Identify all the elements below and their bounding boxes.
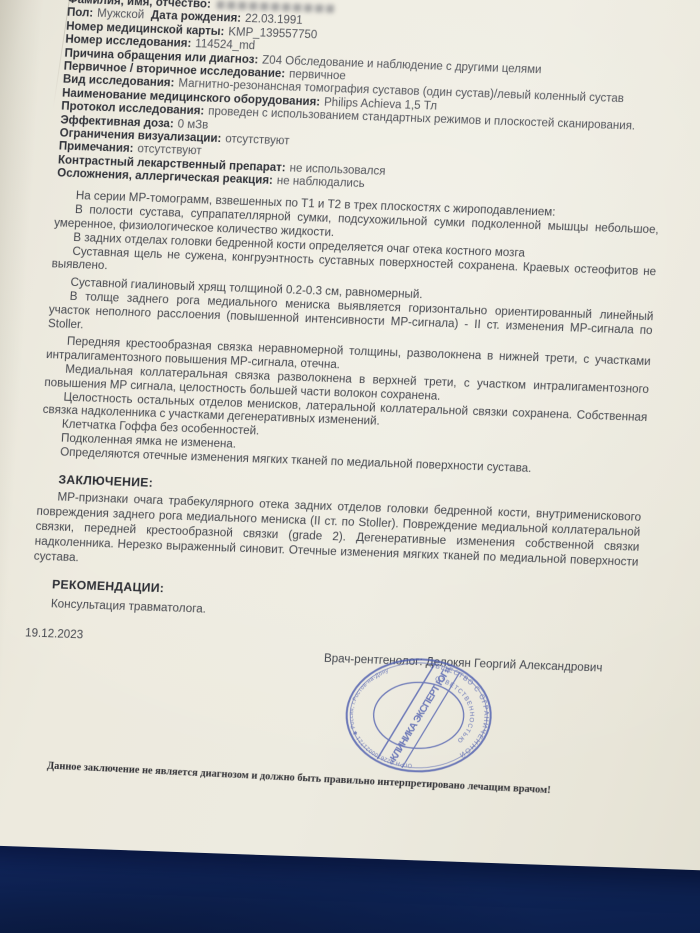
field-value: отсутствуют bbox=[225, 133, 290, 147]
stamp-center-text: «КЛИНИКА ЭКСПЕРТ ЮГ» bbox=[386, 665, 454, 767]
svg-text:ОГРН 1226100021721 ✱ Россия, г: ОГРН 1226100021721 ✱ Россия, г.Ростов-на… bbox=[346, 667, 418, 768]
report-header: Фамилия, имя, отчество: Пол:Мужской Дата… bbox=[57, 0, 672, 202]
findings-section: На серии МР-томограмм, взвешенных по Т1 … bbox=[40, 189, 660, 480]
stamp-outer-left-text: ОГРН 1226100021721 ✱ Россия, г.Ростов-на… bbox=[346, 667, 418, 768]
field-label: Примечания: bbox=[58, 141, 133, 156]
disclaimer-text: Данное заключение не является диагнозом … bbox=[47, 760, 607, 800]
report-sheet: Фамилия, имя, отчество: Пол:Мужской Дата… bbox=[0, 0, 700, 871]
field-value: не наблюдались bbox=[276, 175, 365, 190]
field-value: KMP_139557750 bbox=[228, 26, 318, 41]
photo-of-medical-report: { "colors": { "table_blue": "#1e3e92", "… bbox=[0, 0, 700, 933]
report-content: Фамилия, имя, отчество: Пол:Мужской Дата… bbox=[28, 0, 672, 679]
clinic-stamp-icon: ОБЩЕСТВО С ОГРАНИЧЕННОЙ ОТВЕТСТВЕННОСТЬЮ… bbox=[340, 654, 497, 777]
field-value: 0 мЗв bbox=[177, 118, 208, 131]
signature-row: 19.12.2023 Врач-рентгенолог: Делокян Гео… bbox=[28, 626, 634, 679]
field-value: отсутствуют bbox=[137, 144, 202, 158]
patient-name-redacted bbox=[217, 1, 335, 13]
field-value: первичное bbox=[289, 68, 346, 82]
field-value: 22.03.1991 bbox=[245, 13, 303, 27]
field-value: 114524_md bbox=[195, 38, 256, 52]
field-label: Пол: bbox=[67, 7, 94, 20]
field-value: Мужской bbox=[97, 8, 145, 22]
report-date: 19.12.2023 bbox=[25, 626, 84, 641]
